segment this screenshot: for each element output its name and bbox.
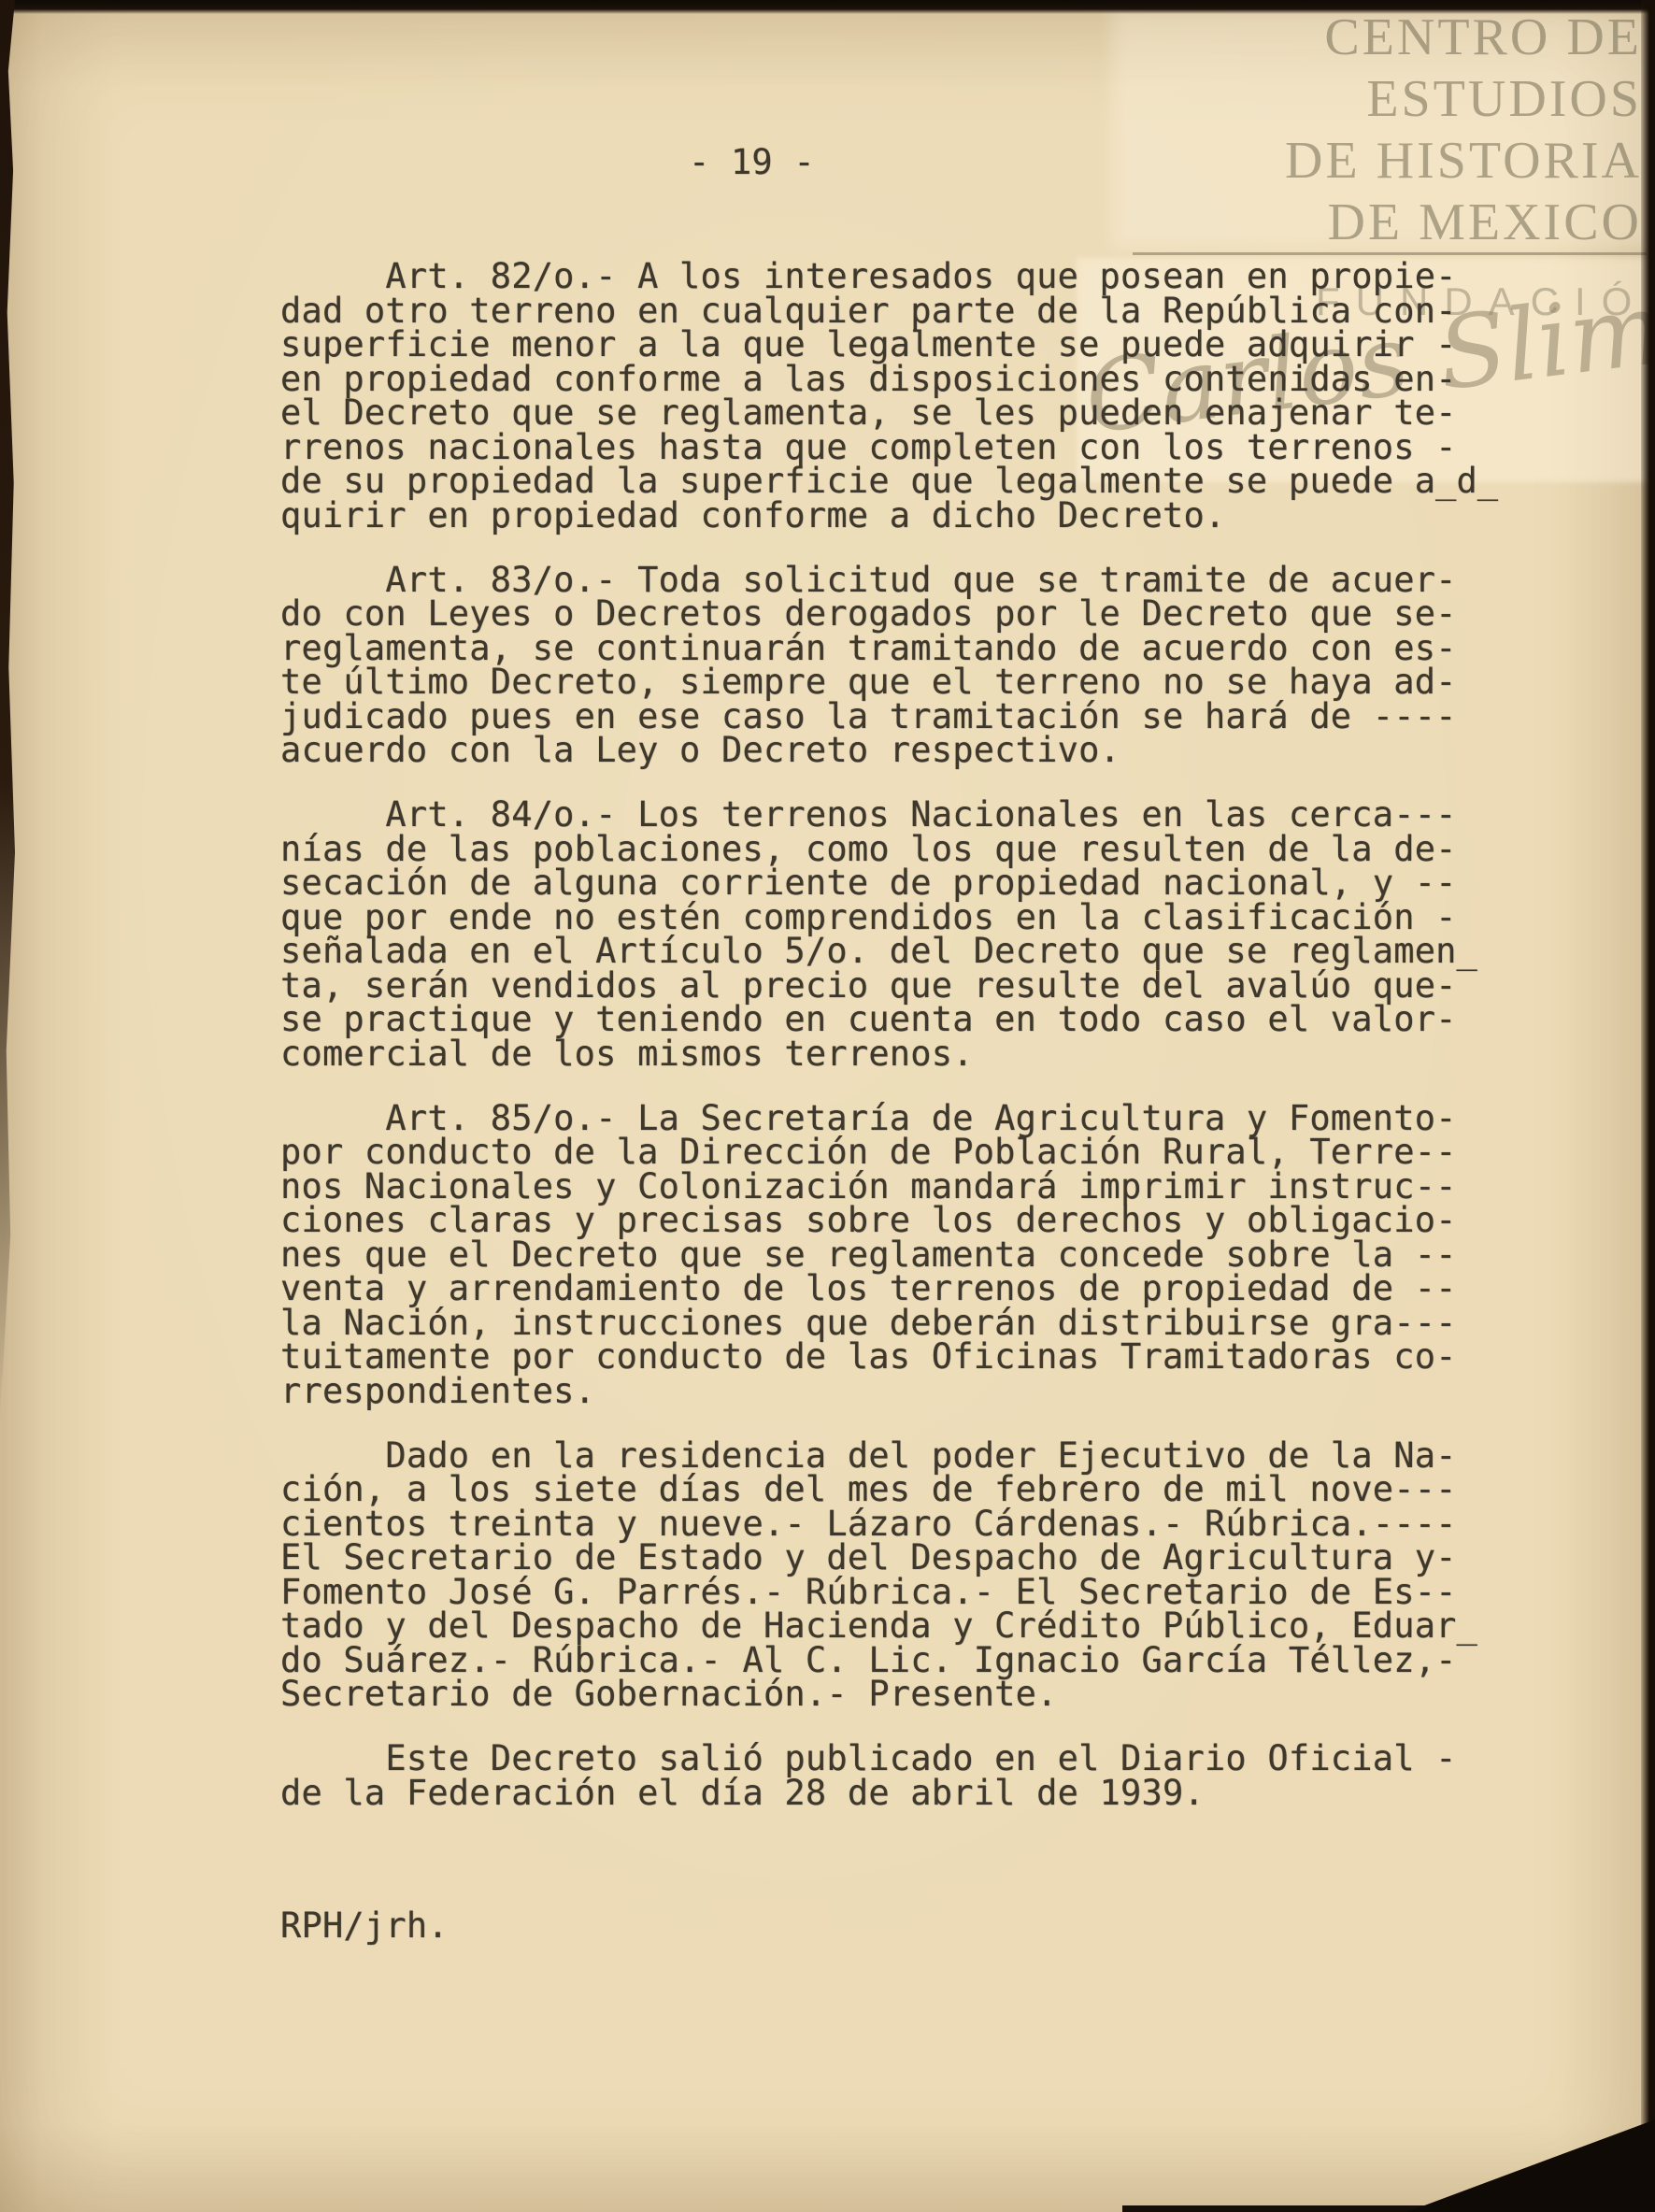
text-line: cientos treinta y nueve.- Lázaro Cárdena… (280, 1507, 1498, 1542)
scanned-document-page: CENTRO DE ESTUDIOS DE HISTORIA DE MEXICO… (0, 0, 1655, 2212)
text-line: ta, serán vendidos al precio que resulte… (280, 969, 1498, 1004)
text-line: venta y arrendamiento de los terrenos de… (280, 1272, 1498, 1306)
text-line: nos Nacionales y Colonización mandará im… (280, 1170, 1498, 1205)
text-line: El Secretario de Estado y del Despacho d… (280, 1541, 1498, 1576)
text-line: dad otro terreno en cualquier parte de l… (280, 294, 1498, 329)
scan-edge-right (1641, 0, 1655, 2212)
text-line: Art. 83/o.- Toda solicitud que se tramit… (280, 564, 1498, 598)
watermark-line-2: ESTUDIOS (1366, 73, 1642, 125)
text-line: se practique y teniendo en cuenta en tod… (280, 1003, 1498, 1037)
text-line: tado y del Despacho de Hacienda y Crédit… (280, 1609, 1498, 1644)
scan-edge-top (0, 0, 1655, 14)
text-line: ción, a los siete días del mes de febrer… (280, 1473, 1498, 1507)
text-line: Dado en la residencia del poder Ejecutiv… (280, 1439, 1498, 1474)
watermark-light-band-top (1112, 9, 1655, 249)
page-number: - 19 - (689, 146, 815, 180)
text-line: señalada en el Artículo 5/o. del Decreto… (280, 935, 1498, 969)
text-line: ciones claras y precisas sobre los derec… (280, 1204, 1498, 1238)
text-line: quirir en propiedad conforme a dicho Dec… (280, 499, 1498, 534)
text-line: Art. 84/o.- Los terrenos Nacionales en l… (280, 798, 1498, 833)
scan-corner-bottom-right (1379, 2105, 1655, 2212)
text-line: en propiedad conforme a las disposicione… (280, 363, 1498, 397)
watermark-divider-rule (1133, 252, 1647, 255)
text-line: acuerdo con la Ley o Decreto respectivo. (280, 734, 1498, 768)
paragraph-art-83: Art. 83/o.- Toda solicitud que se tramit… (280, 564, 1498, 768)
paragraph-publication-note: Este Decreto salió publicado en el Diari… (280, 1742, 1498, 1810)
watermark-line-4: DE MEXICO (1327, 196, 1642, 249)
text-line: Art. 85/o.- La Secretaría de Agricultura… (280, 1102, 1498, 1136)
text-line: rrenos nacionales hasta que completen co… (280, 431, 1498, 465)
text-line: tuitamente por conducto de las Oficinas … (280, 1340, 1498, 1375)
paragraph-art-84: Art. 84/o.- Los terrenos Nacionales en l… (280, 798, 1498, 1071)
text-line: te último Decreto, siempre que el terren… (280, 665, 1498, 700)
text-line: por conducto de la Dirección de Població… (280, 1135, 1498, 1170)
text-line: nías de las poblaciones, como los que re… (280, 833, 1498, 867)
text-block: Art. 82/o.- A los interesados que posean… (280, 260, 1498, 1841)
paragraph-art-82: Art. 82/o.- A los interesados que posean… (280, 260, 1498, 533)
text-line: Este Decreto salió publicado en el Diari… (280, 1742, 1498, 1777)
text-line: judicado pues en ese caso la tramitación… (280, 700, 1498, 735)
watermark-line-3: DE HISTORIA (1285, 135, 1642, 187)
watermark-line-1: CENTRO DE (1324, 11, 1642, 64)
text-line: Art. 82/o.- A los interesados que posean… (280, 260, 1498, 294)
text-line: reglamenta, se continuarán tramitando de… (280, 632, 1498, 666)
scan-edge-bottom (1122, 2205, 1655, 2212)
paragraph-closing: Dado en la residencia del poder Ejecutiv… (280, 1439, 1498, 1712)
text-line: do Suárez.- Rúbrica.- Al C. Lic. Ignacio… (280, 1644, 1498, 1678)
text-line: rrespondientes. (280, 1375, 1498, 1409)
text-line: la Nación, instrucciones que deberán dis… (280, 1306, 1498, 1341)
text-line: de la Federación el día 28 de abril de 1… (280, 1777, 1498, 1811)
text-line: el Decreto que se reglamenta, se les pue… (280, 396, 1498, 431)
text-line: Secretario de Gobernación.- Presente. (280, 1677, 1498, 1712)
paragraph-art-85: Art. 85/o.- La Secretaría de Agricultura… (280, 1102, 1498, 1409)
text-line: nes que el Decreto que se reglamenta con… (280, 1238, 1498, 1273)
text-line: Fomento José G. Parrés.- Rúbrica.- El Se… (280, 1576, 1498, 1610)
scan-edge-left (0, 0, 15, 1420)
typist-initials: RPH/jrh. (280, 1909, 449, 1944)
text-line: do con Leyes o Decretos derogados por le… (280, 597, 1498, 632)
text-line: superficie menor a la que legalmente se … (280, 328, 1498, 363)
text-line: de su propiedad la superficie que legalm… (280, 464, 1498, 499)
text-line: que por ende no estén comprendidos en la… (280, 901, 1498, 935)
text-line: secación de alguna corriente de propieda… (280, 866, 1498, 901)
text-line: comercial de los mismos terrenos. (280, 1037, 1498, 1072)
